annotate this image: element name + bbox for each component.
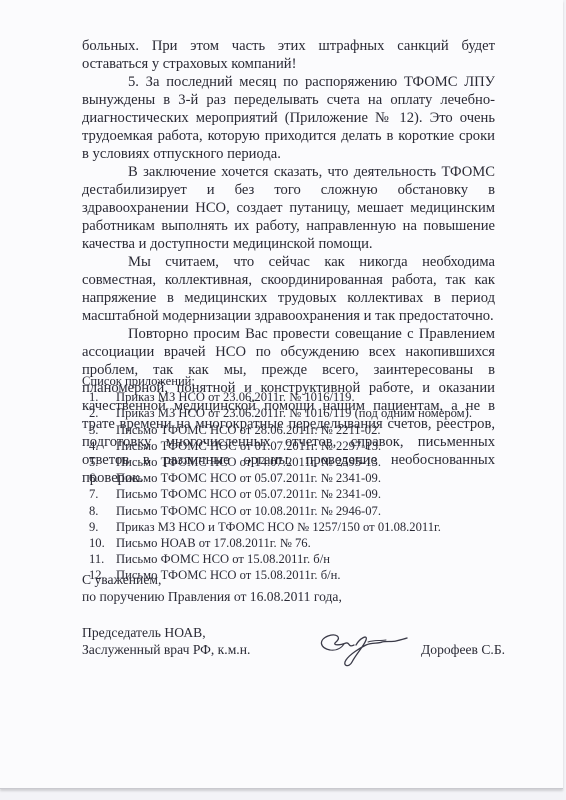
paragraph-cooperation: Мы считаем, что сейчас как никогда необх…	[82, 253, 495, 325]
list-item-number: 7.	[89, 486, 113, 502]
list-item-number: 4.	[89, 438, 113, 454]
list-item-number: 10.	[89, 535, 113, 551]
list-item-number: 2.	[89, 405, 113, 421]
signer-name: Дорофеев С.Б.	[421, 641, 505, 658]
list-item: 11.Письмо ФОМС НСО от 15.08.2011г. б/н	[82, 551, 502, 567]
attachments-list: Список приложений: 1.Приказ МЗ НСО от 23…	[82, 373, 502, 584]
list-item-number: 9.	[89, 519, 113, 535]
list-item-text: Письмо ТФОМС НСО от 05.07.2011г. № 2341-…	[116, 487, 381, 501]
list-item-text: Приказ МЗ НСО от 23.06.2011г. № 1016/119…	[116, 390, 355, 404]
paragraph-penalties: больных. При этом часть этих штрафных са…	[82, 37, 495, 73]
list-item-number: 11.	[89, 551, 113, 567]
handwritten-signature-icon	[316, 628, 408, 668]
paragraph-conclusion: В заключение хочется сказать, что деятел…	[82, 163, 495, 253]
closing-salutation: С уважением,	[82, 571, 522, 588]
document-page: больных. При этом часть этих штрафных са…	[0, 0, 563, 789]
list-item: 8.Письмо ТФОМС НСО от 10.08.2011г. № 294…	[82, 503, 502, 519]
list-item-text: Письмо ТФОМС НОС от 01.07.2011г. № 2297-…	[116, 439, 381, 453]
attachments-items: 1.Приказ МЗ НСО от 23.06.2011г. № 1016/1…	[82, 389, 502, 583]
list-item: 1.Приказ МЗ НСО от 23.06.2011г. № 1016/1…	[82, 389, 502, 405]
list-item: 3.Письмо ТФОМС НСО от 28.06.2011г. № 221…	[82, 422, 502, 438]
list-item: 9.Приказ МЗ НСО и ТФОМС НСО № 1257/150 о…	[82, 519, 502, 535]
list-item: 7.Письмо ТФОМС НСО от 05.07.2011г. № 234…	[82, 486, 502, 502]
list-item-text: Письмо ФОМС НСО от 15.08.2011г. б/н	[116, 552, 330, 566]
list-item: 10.Письмо НОАВ от 17.08.2011г. № 76.	[82, 535, 502, 551]
list-item-text: Приказ МЗ НСО от 23.06.2011г. № 1016/119…	[116, 406, 472, 420]
list-item: 6.Письмо ТФОМС НСО от 05.07.2011г. № 234…	[82, 470, 502, 486]
list-item: 2.Приказ МЗ НСО от 23.06.2011г. № 1016/1…	[82, 405, 502, 421]
list-item: 4.Письмо ТФОМС НОС от 01.07.2011г. № 229…	[82, 438, 502, 454]
list-item-number: 5.	[89, 454, 113, 470]
list-item-text: Письмо НОАВ от 17.08.2011г. № 76.	[116, 536, 311, 550]
list-item-number: 6.	[89, 470, 113, 486]
signer-title: Председатель НОАВ,	[82, 624, 522, 641]
list-item-number: 3.	[89, 422, 113, 438]
attachments-title: Список приложений:	[82, 373, 502, 389]
list-item: 5.Письмо ТФОМС НСО от 14.07.2011г. № 259…	[82, 454, 502, 470]
closing-block: С уважением, по поручению Правления от 1…	[82, 571, 522, 605]
list-item-text: Приказ МЗ НСО и ТФОМС НСО № 1257/150 от …	[116, 520, 441, 534]
closing-authority: по поручению Правления от 16.08.2011 год…	[82, 588, 522, 605]
list-item-text: Письмо ТФОМС НСО от 28.06.2011г. № 2211-…	[116, 423, 381, 437]
list-item-number: 8.	[89, 503, 113, 519]
list-item-text: Письмо ТФОМС НСО от 10.08.2011г. № 2946-…	[116, 504, 381, 518]
list-item-number: 1.	[89, 389, 113, 405]
list-item-text: Письмо ТФОМС НСО от 14.07.2011г. № 2595-…	[116, 455, 381, 469]
list-item-text: Письмо ТФОМС НСО от 05.07.2011г. № 2341-…	[116, 471, 381, 485]
paragraph-item-5: 5. За последний месяц по распоряжению ТФ…	[82, 73, 495, 163]
